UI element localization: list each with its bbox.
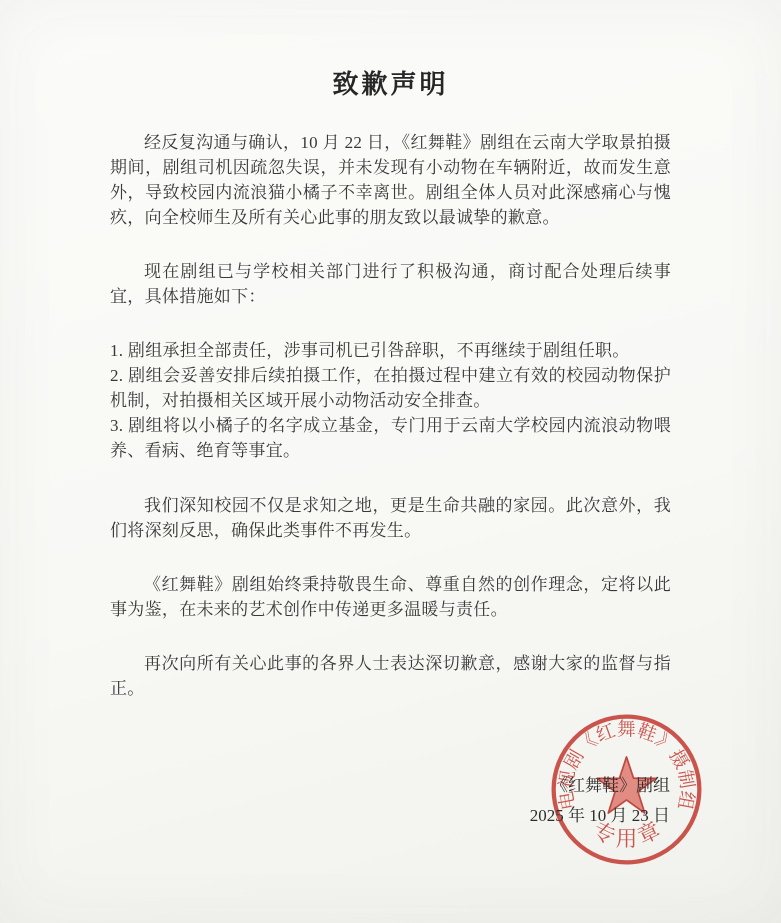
paragraph-measures-intro: 现在剧组已与学校相关部门进行了积极沟通，商讨配合处理后续事宜，具体措施如下： — [110, 259, 671, 309]
document-body: 致歉声明 经反复沟通与确认，10 月 22 日，《红舞鞋》剧组在云南大学取景拍摄… — [110, 0, 671, 730]
measures-list: 1. 剧组承担全部责任，涉事司机已引咎辞职，不再继续于剧组任职。 2. 剧组会妥… — [110, 338, 671, 463]
signature-name: 《红舞鞋》剧组 — [530, 771, 670, 801]
signature-date: 2025 年 10 月 23 日 — [530, 801, 670, 831]
apology-statement-page: 致歉声明 经反复沟通与确认，10 月 22 日，《红舞鞋》剧组在云南大学取景拍摄… — [0, 0, 781, 923]
measure-item-1: 1. 剧组承担全部责任，涉事司机已引咎辞职，不再继续于剧组任职。 — [110, 338, 671, 363]
signature-block: 《红舞鞋》剧组 2025 年 10 月 23 日 — [530, 771, 670, 831]
page-title: 致歉声明 — [110, 70, 671, 100]
paragraph-reflection: 我们深知校园不仅是求知之地，更是生命共融的家园。此次意外，我们将深刻反思，确保此… — [110, 493, 671, 543]
measure-item-3: 3. 剧组将以小橘子的名字成立基金，专门用于云南大学校园内流浪动物喂养、看病、绝… — [110, 413, 671, 463]
paragraph-philosophy: 《红舞鞋》剧组始终秉持敬畏生命、尊重自然的创作理念，定将以此事为鉴，在未来的艺术… — [110, 572, 671, 622]
measure-item-2: 2. 剧组会妥善安排后续拍摄工作，在拍摄过程中建立有效的校园动物保护机制，对拍摄… — [110, 363, 671, 413]
paragraph-final-apology: 再次向所有关心此事的各界人士表达深切歉意，感谢大家的监督与指正。 — [110, 651, 671, 701]
paragraph-incident: 经反复沟通与确认，10 月 22 日，《红舞鞋》剧组在云南大学取景拍摄期间，剧组… — [110, 130, 671, 230]
